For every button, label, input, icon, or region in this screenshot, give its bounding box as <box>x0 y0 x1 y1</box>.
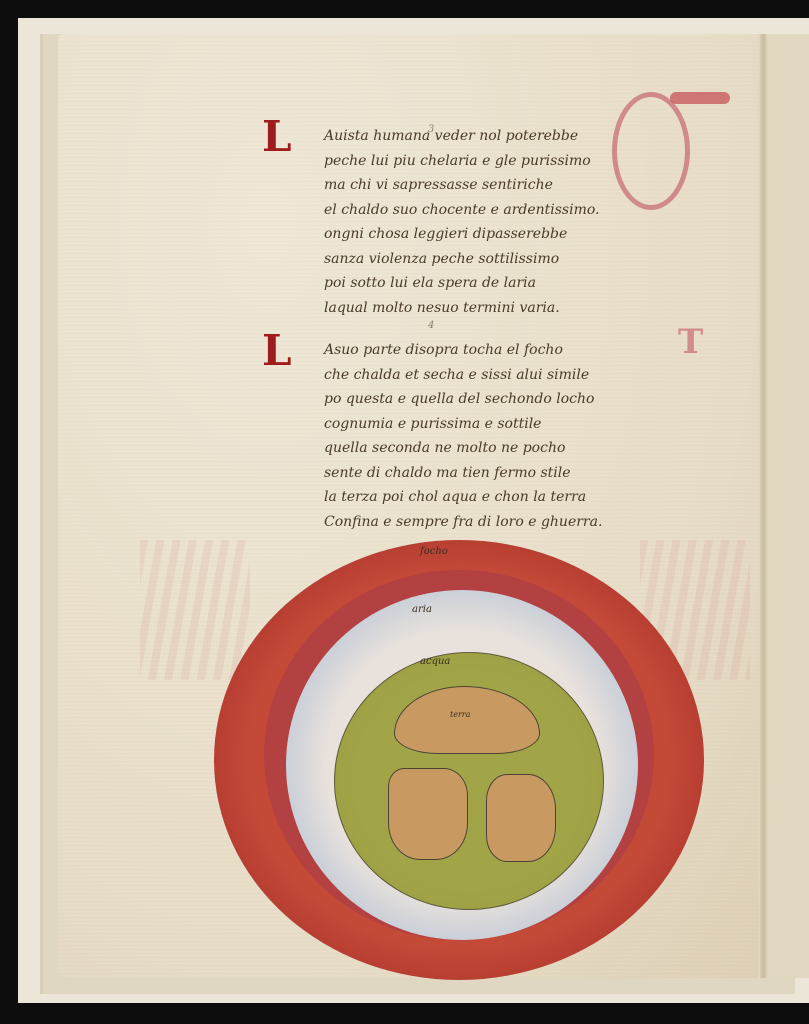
verse-line: Auista humana veder nol poterebbe <box>272 124 632 149</box>
label-fire: focho <box>420 546 448 557</box>
verse-line: ma chi vi sapressasse sentiriche <box>272 173 632 198</box>
label-earth: terra <box>450 710 470 719</box>
verse-line: po questa e quella del sechondo locho <box>272 387 632 412</box>
verse-line: laqual molto nesuo termini varia. <box>272 296 632 321</box>
verse-text: L Auista humana veder nol poterebbe pech… <box>272 124 632 552</box>
stanza-2: L Asuo parte disopra tocha el focho che … <box>272 338 632 534</box>
rubricated-initial: L <box>262 330 292 372</box>
facing-page-edge <box>768 34 809 978</box>
verse-line: poi sotto lui ela spera de laria <box>272 271 632 296</box>
verse-line: ongni chosa leggieri dipasserebbe <box>272 222 632 247</box>
verse-line: cognumia e purissima e sottile <box>272 412 632 437</box>
binding-gutter <box>760 34 768 978</box>
verse-line: sanza violenza peche sottilissimo <box>272 247 632 272</box>
show-through-initial-o-flourish <box>670 92 730 104</box>
verse-line: Confina e sempre fra di loro e ghuerra. <box>272 510 632 535</box>
verse-line: Asuo parte disopra tocha el focho <box>272 338 632 363</box>
verse-line: quella seconda ne molto ne pocho <box>272 436 632 461</box>
rubricated-initial: L <box>262 116 292 158</box>
elements-diagram: focho aria acqua terra <box>214 540 704 980</box>
landmass-southwest <box>388 768 468 860</box>
verse-line: sente di chaldo ma tien fermo stile <box>272 461 632 486</box>
verse-line: la terza poi chol aqua e chon la terra <box>272 485 632 510</box>
stanza-1: L Auista humana veder nol poterebbe pech… <box>272 124 632 320</box>
label-air: aria <box>412 604 432 615</box>
landmass-southeast <box>486 774 556 862</box>
verse-line: peche lui piu chelaria e gle purissimo <box>272 149 632 174</box>
label-water: acqua <box>420 656 450 667</box>
verse-line: el chaldo suo chocente e ardentissimo. <box>272 198 632 223</box>
show-through-initial-t: T <box>678 322 703 362</box>
verse-line: che chalda et secha e sissi alui simile <box>272 363 632 388</box>
